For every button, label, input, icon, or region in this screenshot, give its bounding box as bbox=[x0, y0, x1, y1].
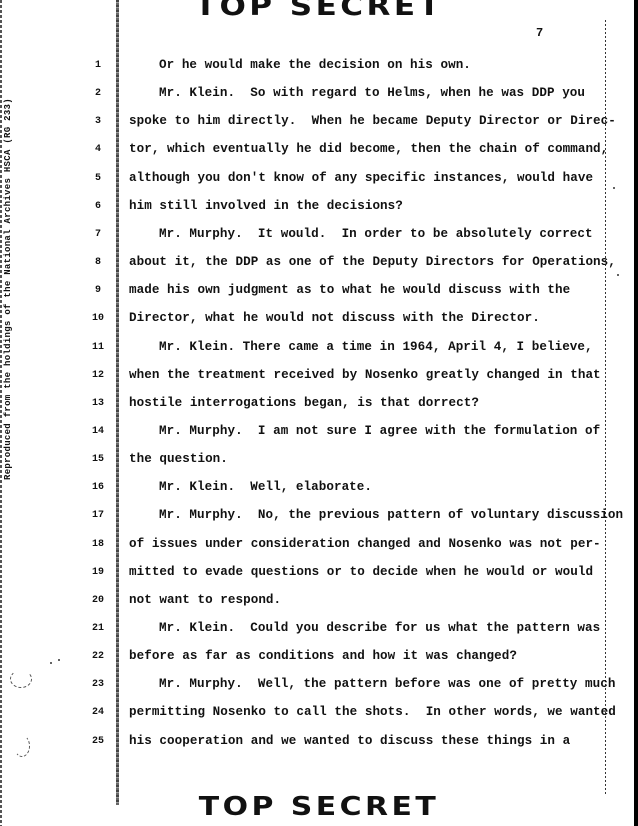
line-number: 13 bbox=[88, 398, 108, 409]
transcript-line: tor, which eventually he did become, the… bbox=[129, 142, 608, 156]
classification-stamp-top: TOP SECRET bbox=[0, 0, 638, 19]
page-number: 7 bbox=[536, 26, 543, 40]
scan-right-edge bbox=[634, 0, 638, 826]
line-number: 10 bbox=[88, 313, 108, 324]
transcript-line: made his own judgment as to what he woul… bbox=[129, 283, 570, 297]
line-number: 5 bbox=[88, 173, 108, 184]
line-number: 3 bbox=[88, 116, 108, 127]
line-number: 14 bbox=[88, 426, 108, 437]
line-number: 18 bbox=[88, 539, 108, 550]
transcript-line: his cooperation and we wanted to discuss… bbox=[129, 734, 570, 748]
line-number: 23 bbox=[88, 679, 108, 690]
line-number: 19 bbox=[88, 567, 108, 578]
transcript-line: Mr. Klein. There came a time in 1964, Ap… bbox=[129, 340, 593, 354]
transcript-line: although you don't know of any specific … bbox=[129, 171, 593, 185]
hole-punch-mark bbox=[10, 670, 32, 688]
classification-stamp-bottom: TOP SECRET bbox=[0, 792, 638, 826]
transcript-line: when the treatment received by Nosenko g… bbox=[129, 368, 601, 382]
scan-speck bbox=[58, 659, 60, 661]
line-number: 15 bbox=[88, 454, 108, 465]
line-number: 24 bbox=[88, 707, 108, 718]
transcript-line: him still involved in the decisions? bbox=[129, 199, 403, 213]
transcript-line: Mr. Murphy. No, the previous pattern of … bbox=[129, 508, 623, 522]
transcript-line: Mr. Murphy. It would. In order to be abs… bbox=[129, 227, 593, 241]
scan-left-edge bbox=[0, 0, 2, 826]
line-number: 1 bbox=[88, 60, 108, 71]
line-number: 4 bbox=[88, 144, 108, 155]
transcript-line: of issues under consideration changed an… bbox=[129, 537, 601, 551]
transcript-line: permitting Nosenko to call the shots. In… bbox=[129, 705, 616, 719]
line-number: 7 bbox=[88, 229, 108, 240]
scan-speck bbox=[617, 274, 619, 276]
transcript-line: spoke to him directly. When he became De… bbox=[129, 114, 616, 128]
transcript-line: hostile interrogations began, is that do… bbox=[129, 396, 479, 410]
line-number: 8 bbox=[88, 257, 108, 268]
transcript-line: the question. bbox=[129, 452, 228, 466]
line-number: 6 bbox=[88, 201, 108, 212]
transcript-line: Mr. Klein. Could you describe for us wha… bbox=[129, 621, 600, 635]
line-number: 25 bbox=[88, 736, 108, 747]
scan-speck bbox=[50, 662, 52, 664]
transcript-line: Mr. Murphy. I am not sure I agree with t… bbox=[129, 424, 600, 438]
transcript-line: Mr. Murphy. Well, the pattern before was… bbox=[129, 677, 615, 691]
line-number: 22 bbox=[88, 651, 108, 662]
line-number: 11 bbox=[88, 342, 108, 353]
scan-speck bbox=[613, 187, 615, 189]
line-number: 16 bbox=[88, 482, 108, 493]
line-number: 20 bbox=[88, 595, 108, 606]
transcript-line: mitted to evade questions or to decide w… bbox=[129, 565, 593, 579]
transcript-line: Or he would make the decision on his own… bbox=[129, 58, 471, 72]
line-number: 2 bbox=[88, 88, 108, 99]
transcript-line: Director, what he would not discuss with… bbox=[129, 311, 540, 325]
left-margin-rule bbox=[116, 0, 119, 805]
transcript-line: not want to respond. bbox=[129, 593, 281, 607]
transcript-line: Mr. Klein. So with regard to Helms, when… bbox=[129, 86, 585, 100]
transcript-line: about it, the DDP as one of the Deputy D… bbox=[129, 255, 616, 269]
line-number: 9 bbox=[88, 285, 108, 296]
line-number: 17 bbox=[88, 510, 108, 521]
archive-reproduction-note: Reproduced from the holdings of the Nati… bbox=[3, 98, 13, 480]
line-number: 21 bbox=[88, 623, 108, 634]
transcript-line: before as far as conditions and how it w… bbox=[129, 649, 517, 663]
line-number: 12 bbox=[88, 370, 108, 381]
transcript-line: Mr. Klein. Well, elaborate. bbox=[129, 480, 372, 494]
hole-punch-mark bbox=[14, 735, 30, 757]
